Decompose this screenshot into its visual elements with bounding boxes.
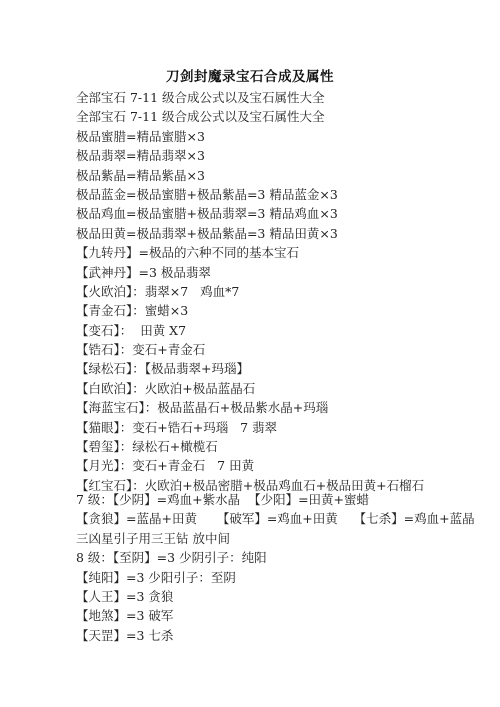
text-line: 极品蓝金=极品蜜腊+极品紫晶=3 精品蓝金×3 bbox=[76, 185, 424, 204]
text-line: 【九转丹】=极品的六种不同的基本宝石 bbox=[76, 243, 424, 262]
text-line: 【碧玺】：绿松石+橄榄石 bbox=[76, 437, 424, 456]
text-line: 【月光】：变石+青金石 7 田黄 bbox=[76, 456, 424, 475]
document-title: 刀剑封魔录宝石合成及属性 bbox=[0, 65, 500, 85]
text-line: 【变石】： 田黄 X7 bbox=[76, 321, 424, 340]
text-line: 【火欧泊】：翡翠×7 鸡血*7 bbox=[76, 282, 424, 301]
text-line: 极品紫晶=精品紫晶×3 bbox=[76, 166, 424, 185]
document-page: 刀剑封魔录宝石合成及属性 全部宝石 7-11 级合成公式以及宝石属性大全 全部宝… bbox=[0, 0, 500, 707]
text-line: 【武神丹】=3 极品翡翠 bbox=[76, 263, 424, 282]
text-line: 全部宝石 7-11 级合成公式以及宝石属性大全 bbox=[76, 107, 424, 126]
text-line: 全部宝石 7-11 级合成公式以及宝石属性大全 bbox=[76, 88, 424, 107]
text-line: 【白欧泊】：火欧泊+极品蓝晶石 bbox=[76, 379, 424, 398]
text-line: 【海蓝宝石】：极品蓝晶石+极品紫水晶+玛瑙 bbox=[76, 398, 424, 417]
level-recipes-section: 7 级：【少阴】=鸡血+紫水晶 【少阳】=田黄+蜜蜡 【贪狼】=蓝晶+田黄 【破… bbox=[76, 490, 475, 645]
text-line: 【地煞】=3 破军 bbox=[76, 606, 475, 625]
text-line: 7 级：【少阴】=鸡血+紫水晶 【少阳】=田黄+蜜蜡 bbox=[76, 490, 475, 509]
text-line: 【纯阳】=3 少阳引子：至阴 bbox=[76, 568, 475, 587]
text-line: 三凶星引子用三王钻 放中间 bbox=[76, 529, 475, 548]
text-line: 【青金石】：蜜蜡×3 bbox=[76, 301, 424, 320]
text-line: 【绿松石】：【极品翡翠+玛瑙】 bbox=[76, 359, 424, 378]
text-line: 极品田黄=极品翡翠+极品紫晶=3 精品田黄×3 bbox=[76, 224, 424, 243]
text-line: 极品鸡血=极品蜜腊+极品翡翠=3 精品鸡血×3 bbox=[76, 204, 424, 223]
text-line: 8 级：【至阴】=3 少阴引子：纯阳 bbox=[76, 548, 475, 567]
gem-recipes-section: 全部宝石 7-11 级合成公式以及宝石属性大全 全部宝石 7-11 级合成公式以… bbox=[76, 88, 424, 495]
text-line: 【贪狼】=蓝晶+田黄 【破军】=鸡血+田黄 【七杀】=鸡血+蓝晶 bbox=[76, 509, 475, 528]
text-line: 极品蜜腊=精品蜜腊×3 bbox=[76, 127, 424, 146]
text-line: 【人王】=3 贪狼 bbox=[76, 587, 475, 606]
text-line: 【猫眼】：变石+锆石+玛瑙 7 翡翠 bbox=[76, 418, 424, 437]
text-line: 【天罡】=3 七杀 bbox=[76, 626, 475, 645]
text-line: 【锆石】：变石+青金石 bbox=[76, 340, 424, 359]
text-line: 极品翡翠=精品翡翠×3 bbox=[76, 146, 424, 165]
